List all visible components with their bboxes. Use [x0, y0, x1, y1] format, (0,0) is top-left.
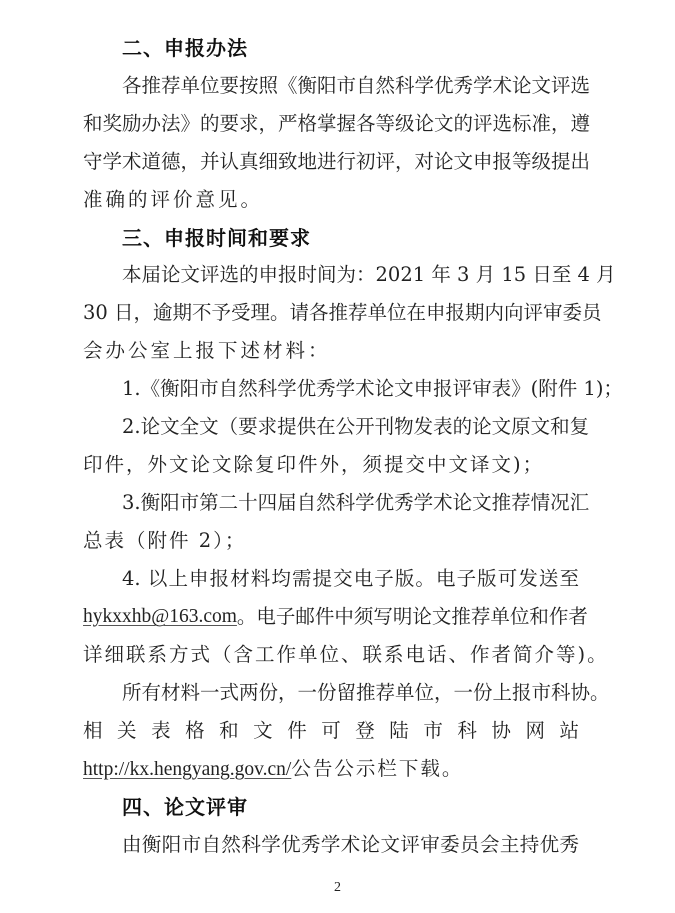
- list-item-4-email-line: hykxxhb@163.com 。电子邮件中须写明论文推荐单位和作者: [83, 605, 579, 629]
- closing-url-line: http://kx.hengyang.gov.cn/公告公示栏下载。: [83, 757, 579, 782]
- page-number: 2: [0, 880, 675, 896]
- list-item-4: 4. 以上申报材料均需提交电子版。电子版可发送至: [122, 567, 579, 591]
- list-item-4-cont: 详细联系方式（含工作单位、联系电话、作者简介等)。: [83, 643, 579, 667]
- website-link[interactable]: http://kx.hengyang.gov.cn/: [83, 759, 291, 780]
- paragraph-line: 本届论文评选的申报时间为：2021 年 3 月 15 日至 4 月: [122, 263, 579, 287]
- paragraph-line: 会办公室上报下述材料：: [83, 339, 579, 363]
- paragraph-line: 守学术道德，并认真细致地进行初评，对论文申报等级提出: [83, 150, 579, 174]
- closing-line: 所有材料一式两份，一份留推荐单位，一份上报市科协。: [122, 681, 579, 705]
- paragraph-line: 和奖励办法》的要求，严格掌握各等级论文的评选标准，遵: [83, 112, 579, 136]
- list-item-3-cont: 总表（附件 2）；: [83, 529, 579, 553]
- paragraph-line: 各推荐单位要按照《衡阳市自然科学优秀学术论文评选: [122, 74, 579, 98]
- section-heading-3: 三、申报时间和要求: [122, 226, 579, 250]
- paragraph-line: 准确的评价意见。: [83, 188, 579, 212]
- list-item-2: 2.论文全文（要求提供在公开刊物发表的论文原文和复: [122, 415, 579, 439]
- list-item-3: 3.衡阳市第二十四届自然科学优秀学术论文推荐情况汇: [122, 491, 579, 515]
- email-link[interactable]: hykxxhb@163.com: [83, 605, 237, 629]
- paragraph-line: 30 日，逾期不予受理。请各推荐单位在申报期内向评审委员: [83, 301, 579, 325]
- section-heading-4: 四、论文评审: [122, 795, 579, 819]
- list-item-2-cont: 印件，外文论文除复印件外，须提交中文译文)；: [83, 453, 579, 477]
- list-item-1: 1.《衡阳市自然科学优秀学术论文申报评审表》(附件 1)；: [122, 377, 579, 401]
- section-heading-2: 二、申报办法: [122, 36, 579, 60]
- document-page: 二、申报办法 各推荐单位要按照《衡阳市自然科学优秀学术论文评选 和奖励办法》的要…: [0, 0, 675, 913]
- closing-line: 相关表格和文件可登陆市科协网站: [83, 719, 579, 743]
- email-line-rest: 。电子邮件中须写明论文推荐单位和作者: [237, 605, 588, 629]
- url-line-rest: 公告公示栏下载。: [291, 757, 463, 780]
- paragraph-line: 由衡阳市自然科学优秀学术论文评审委员会主持优秀: [122, 833, 579, 857]
